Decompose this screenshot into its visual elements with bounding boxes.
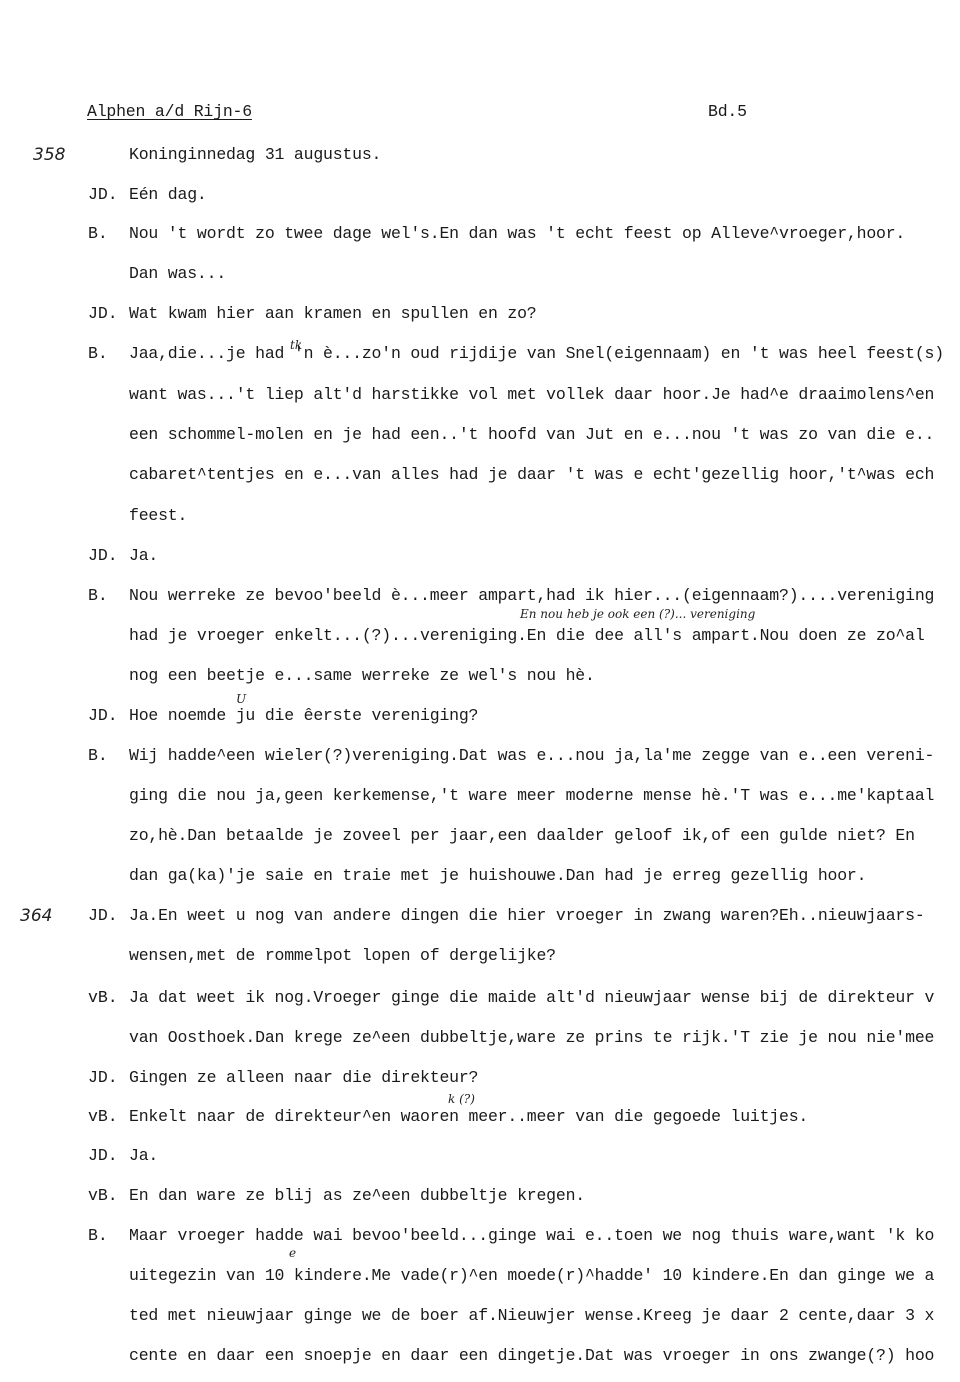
margin-number: 358 [33, 145, 65, 165]
speaker-label: JD. [88, 1146, 118, 1166]
page-reference: Bd.5 [708, 102, 747, 122]
transcript-line: ging die nou ja,geen kerkemense,'t ware … [129, 786, 934, 806]
transcript-line: Wij hadde^een wieler(?)vereniging.Dat wa… [129, 746, 934, 766]
transcript-line: een schommel-molen en je had een..'t hoo… [129, 425, 934, 445]
transcript-line: Gingen ze alleen naar die direkteur? [129, 1068, 478, 1088]
speaker-label: JD. [88, 906, 118, 926]
transcript-line: Jaa,die...je had 'n è...zo'n oud rijdije… [129, 344, 944, 364]
speaker-label: B. [88, 586, 108, 606]
transcript-line: Eén dag. [129, 185, 207, 205]
transcript-line: had je vroeger enkelt...(?)...vereniging… [129, 626, 925, 646]
handwritten-note: U [236, 692, 246, 706]
document-title: Alphen a/d Rijn-6 [87, 102, 252, 122]
transcript-line: En dan ware ze blij as ze^een dubbeltje … [129, 1186, 585, 1206]
transcript-line: Dan was... [129, 264, 226, 284]
speaker-label: B. [88, 746, 108, 766]
transcript-line: ted met nieuwjaar ginge we de boer af.Ni… [129, 1306, 934, 1326]
speaker-label: JD. [88, 1068, 118, 1088]
transcript-line: nog een beetje e...same werreke ze wel's… [129, 666, 595, 686]
speaker-label: B. [88, 1226, 108, 1246]
handwritten-note: e [289, 1246, 296, 1260]
margin-number: 364 [20, 906, 52, 926]
transcript-line: want was...'t liep alt'd harstikke vol m… [129, 385, 934, 405]
speaker-label: JD. [88, 706, 118, 726]
transcript-line: Maar vroeger hadde wai bevoo'beeld...gin… [129, 1226, 934, 1246]
speaker-label: JD. [88, 546, 118, 566]
transcript-line: Ja. [129, 1146, 158, 1166]
transcript-line: van Oosthoek.Dan krege ze^een dubbeltje,… [129, 1028, 934, 1048]
transcript-line: Ja. [129, 546, 158, 566]
transcript-line: Enkelt naar de direkteur^en waoren meer.… [129, 1107, 808, 1127]
transcript-line: cente en daar een snoepje en daar een di… [129, 1346, 934, 1366]
transcript-line: Hoe noemde ju die êerste vereniging? [129, 706, 478, 726]
transcript-line: Wat kwam hier aan kramen en spullen en z… [129, 304, 536, 324]
transcript-line: Nou 't wordt zo twee dage wel's.En dan w… [129, 224, 905, 244]
document-page: Alphen a/d Rijn-6 Bd.5 358 364 Koninginn… [0, 0, 960, 1382]
speaker-label: vB. [88, 1107, 118, 1127]
transcript-line: feest. [129, 506, 187, 526]
handwritten-note: k (?) [448, 1092, 475, 1106]
transcript-line: cabaret^tentjes en e...van alles had je … [129, 465, 934, 485]
speaker-label: B. [88, 224, 108, 244]
speaker-label: B. [88, 344, 108, 364]
speaker-label: JD. [88, 304, 118, 324]
transcript-line: wensen,met de rommelpot lopen of dergeli… [129, 946, 556, 966]
transcript-line: Ja.En weet u nog van andere dingen die h… [129, 906, 925, 926]
handwritten-note: En nou heb je ook een (?)... vereniging [520, 607, 755, 621]
transcript-line: zo,hè.Dan betaalde je zoveel per jaar,ee… [129, 826, 915, 846]
speaker-label: vB. [88, 1186, 118, 1206]
transcript-line: uitegezin van 10 kindere.Me vade(r)^en m… [129, 1266, 934, 1286]
transcript-line: Ja dat weet ik nog.Vroeger ginge die mai… [129, 988, 934, 1008]
speaker-label: vB. [88, 988, 118, 1008]
handwritten-note: tk [290, 338, 302, 352]
speaker-label: JD. [88, 185, 118, 205]
transcript-line: Koninginnedag 31 augustus. [129, 145, 381, 165]
transcript-line: dan ga(ka)'je saie en traie met je huish… [129, 866, 866, 886]
transcript-line: Nou werreke ze bevoo'beeld è...meer ampa… [129, 586, 934, 606]
